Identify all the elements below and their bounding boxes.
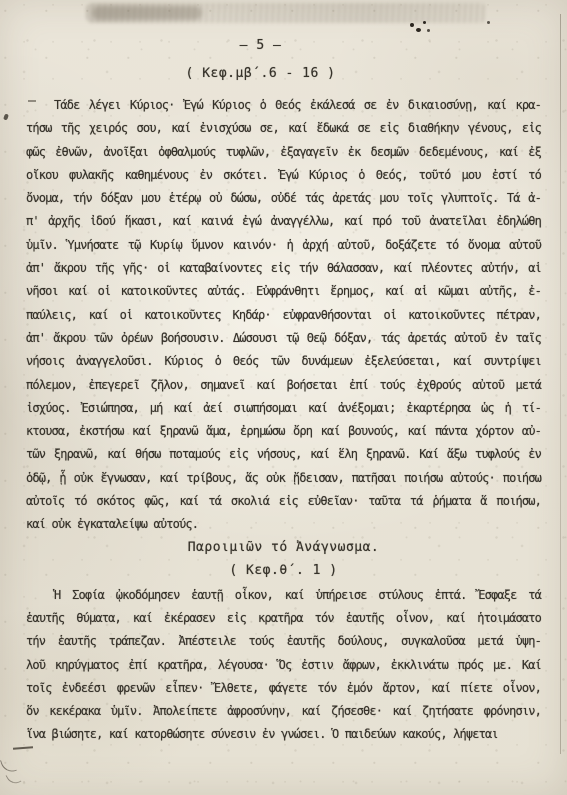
text-line: ὅν κεκέρακα ὑμῖν. Ἀπολείπετε ἀφροσύνην, … [26, 700, 541, 723]
chapter-reference-proverbs: ( Κεφ.θ΄. 1 ) [0, 563, 567, 579]
text-line: παύλεις, καί οἱ κατοικοῦντες Κηδάρ· εὐφρ… [26, 304, 541, 327]
text-line: ἀπ' ἄκρου τῆς γῆς· οἱ καταβαίνοντες εἰς … [26, 257, 541, 280]
page-number: – 5 – [0, 0, 544, 54]
pencil-squiggle-mark [0, 756, 17, 774]
scan-edge-line [560, 14, 561, 754]
text-line: Ἡ Σοφία ᾠκοδόμησεν ἑαυτῇ οἶκον, καί ὑπήρ… [26, 584, 541, 607]
text-line: π' ἀρχῆς ἰδού ἥκασι, καί καινά ἐγώ ἀναγγ… [26, 210, 541, 233]
reading-title-proverbs: Παροιμιῶν τό Ἀνάγνωσμα. [0, 540, 567, 557]
text-line: κτουσα, ἐκστήσω καί ξηρανῶ ἅμα, ἐρημώσω … [26, 420, 541, 443]
text-line: λοῦ κηρύγματος ἐπί κρατῆρα, λέγουσα· Ὅς … [26, 654, 541, 677]
pencil-dash-mark [13, 746, 33, 749]
text-line: καί οὐκ ἐγκαταλείψω αὐτούς. [26, 513, 541, 536]
text-line: τήν ἑαυτῆς τράπεζαν. Ἀπέστειλε τούς ἑαυτ… [26, 630, 541, 653]
text-line: ἑαυτῆς θύματα, καί ἐκέρασεν εἰς κρατῆρα … [26, 607, 541, 630]
text-line: ἀπ' ἄκρου τῶν ὀρέων βοήσουσιν. Δώσουσι τ… [26, 327, 541, 350]
text-line: ὄνομα, τήν δόξαν μου ἑτέρῳ οὐ δώσω, οὐδέ… [26, 187, 541, 210]
chapter-reference-isaiah: ( Κεφ.μβ΄.6 - 16 ) [0, 66, 544, 82]
text-line: νήσοις ἀναγγελοῦσι. Κύριος ὁ Θεός τῶν δυ… [26, 350, 541, 373]
text-line: ὁδῷ, ᾗ οὐκ ἔγνωσαν, καί τρίβους, ἅς οὐκ … [26, 467, 541, 490]
text-line: φῶς ἐθνῶν, ἀνοῖξαι ὀφθαλμούς τυφλῶν, ἐξα… [26, 141, 541, 164]
reading-paragraph-isaiah: Τάδε λέγει Κύριος· Ἐγώ Κύριος ὁ Θεός ἐκά… [26, 94, 541, 537]
margin-speck [3, 113, 9, 120]
text-line: τήσω τῆς χειρός σου, καί ἐνισχύσω σε, κα… [26, 117, 541, 140]
text-line: ἰσχύος. Ἐσιώπησα, μή καί ἀεί σιωπήσομαι … [26, 397, 541, 420]
text-line: αὐτοῖς τό σκότος φῶς, καί τά σκολιά εἰς … [26, 490, 541, 513]
text-line: Τάδε λέγει Κύριος· Ἐγώ Κύριος ὁ Θεός ἐκά… [26, 94, 541, 117]
pencil-squiggle-mark [5, 770, 21, 787]
scanned-page: – 5 – ( Κεφ.μβ΄.6 - 16 ) Τάδε λέγει Κύρι… [0, 0, 567, 795]
text-line: τοῖς ἐνδεέσι φρενῶν εἶπεν· Ἔλθετε, φάγετ… [26, 677, 541, 700]
reading-paragraph-proverbs: Ἡ Σοφία ᾠκοδόμησεν ἑαυτῇ οἶκον, καί ὑπήρ… [26, 584, 541, 747]
text-line: τῶν ξηρανῶ, καί θήσω ποταμούς εἰς νήσους… [26, 443, 541, 466]
text-line: ὑμῖν. Ὑμνήσατε τῷ Κυρίῳ ὕμνον καινόν· ἡ … [26, 234, 541, 257]
text-line: πόλεμον, ἐπεγερεῖ ζῆλον, σημανεῖ καί βοή… [26, 374, 541, 397]
text-line: ἵνα βιώσητε, καί κατορθώσητε σύνεσιν ἐν … [26, 723, 541, 746]
text-line: νῆσοι καί οἱ κατοικοῦντες αὐτάς. Εὐφράνθ… [26, 280, 541, 303]
text-line: οἴκου φυλακῆς καθημένους ἐν σκότει. Ἐγώ … [26, 164, 541, 187]
